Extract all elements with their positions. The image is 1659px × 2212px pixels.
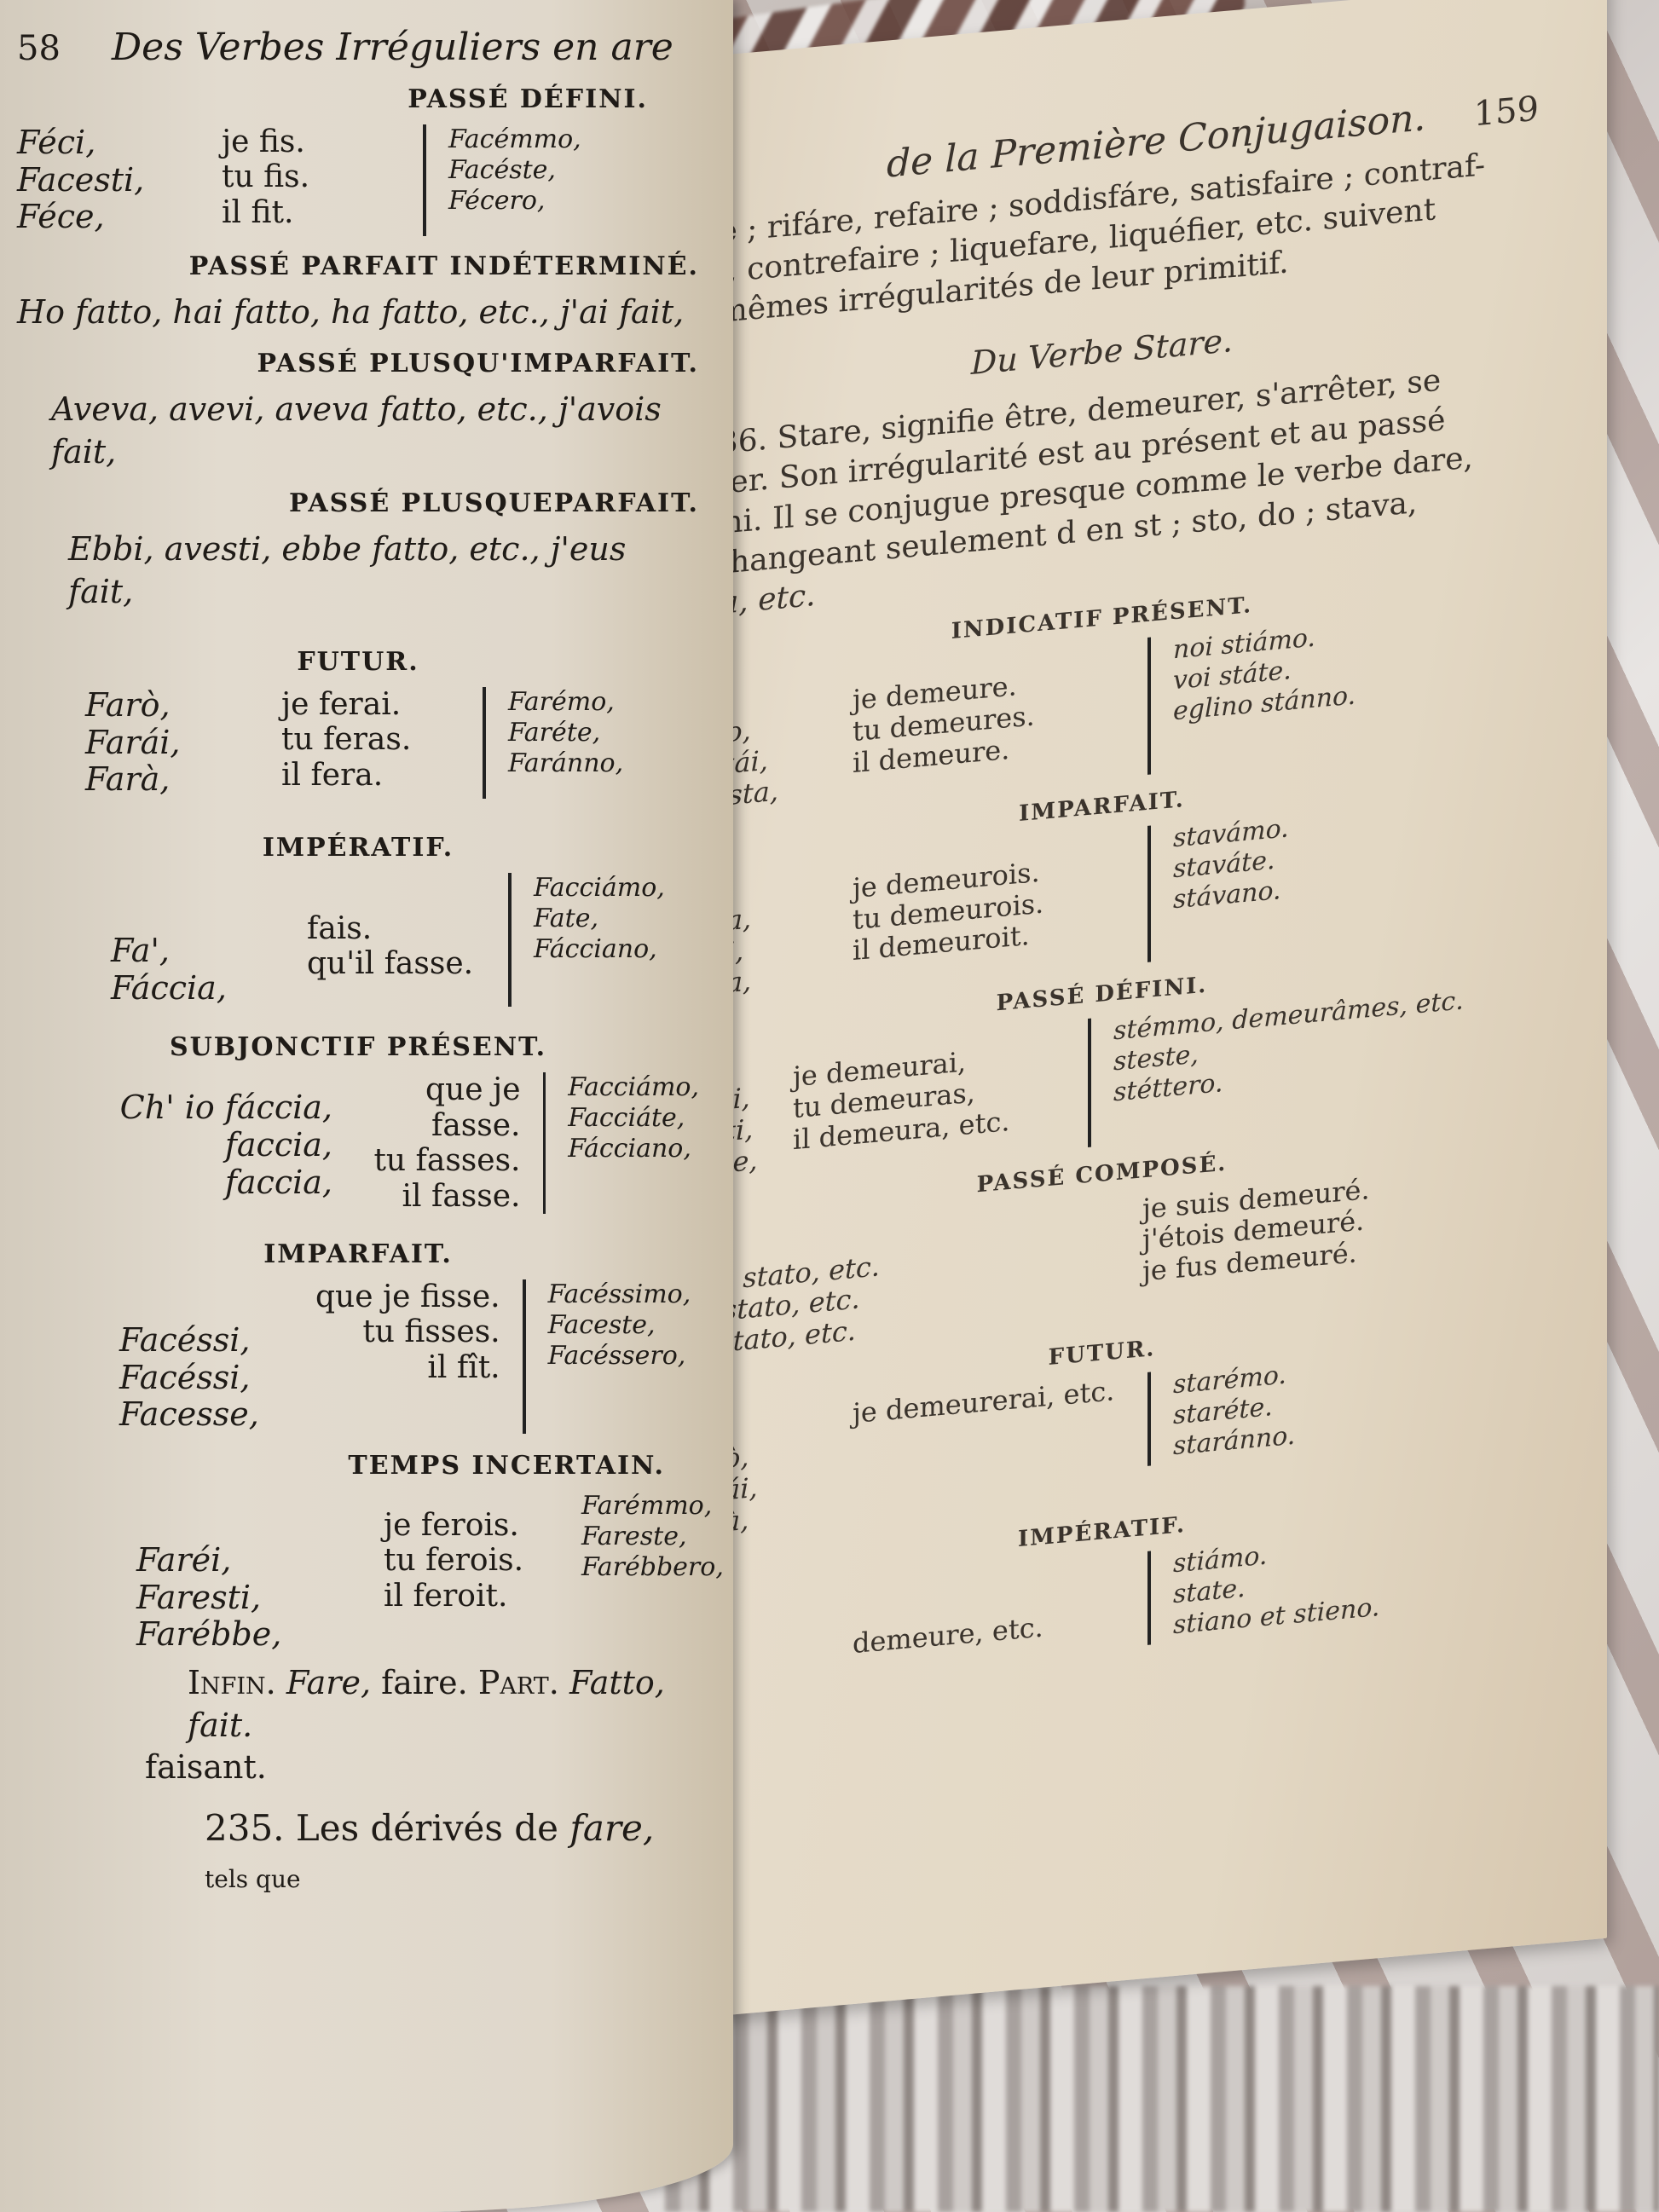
text-line: Aveva, avevi, aveva fatto, etc., j'avois… [17, 389, 699, 473]
italian-form: Féci, [17, 124, 222, 162]
italian-form: Fa', [111, 933, 307, 970]
french-form: il fasse. [341, 1179, 521, 1214]
italian-form: Facesse, [119, 1396, 315, 1434]
italian-form: Féce, [17, 199, 222, 236]
plural-form: Fácciano, [568, 1134, 699, 1164]
plural-form: Facéste, [448, 155, 581, 186]
text-line: Ho fatto, hai fatto, ha fatto, etc., j'a… [17, 292, 699, 333]
french-form: que je fisse. [315, 1279, 500, 1314]
brace-divider [1147, 1372, 1151, 1465]
running-head: Des Verbes Irréguliers en are [112, 26, 673, 69]
paragraph-text: Les dérivés de [296, 1807, 558, 1849]
french-form: tu fisses. [315, 1314, 500, 1349]
italian-form: Farébbe, [136, 1616, 384, 1654]
brace-divider [1147, 825, 1151, 962]
plural-form: Facéssero, [548, 1341, 691, 1372]
plural-form: Faceste, [548, 1310, 691, 1341]
plural-form: Fácciano, [534, 934, 665, 965]
conjugation-table: Farò, Farái, Farà, je ferai. tu feras. i… [17, 687, 699, 799]
tense-heading: IMPÉRATIF. [17, 833, 699, 863]
italian-form: Farà, [85, 761, 281, 799]
plural-form: Facémmo, [448, 124, 581, 155]
page-number: 159 [1474, 90, 1539, 135]
tense-heading: PASSÉ PLUSQUEPARFAIT. [17, 488, 699, 518]
italian-form: faccia, [94, 1164, 332, 1202]
paragraph-235: 235. Les dérivés de fare, tels que [17, 1805, 699, 1898]
conjugation-table: Facéssi, Facéssi, Facesse, que je fisse.… [17, 1279, 699, 1434]
tense-heading: PASSÉ PLUSQU'IMPARFAIT. [17, 349, 699, 378]
french-form: je ferois. [384, 1508, 537, 1543]
french-form: il fera. [281, 758, 460, 793]
brace-divider [1088, 1019, 1091, 1147]
plural-form: Facciámo, [534, 873, 665, 904]
tense-heading: FUTUR. [17, 647, 699, 677]
italian-form: Facéssi, [119, 1322, 315, 1360]
french-form: il fit. [222, 195, 401, 230]
paragraph-number: 235. [205, 1807, 285, 1849]
tense-heading: SUBJONCTIF PRÉSENT. [17, 1032, 699, 1062]
italian-form: Fáccia, [111, 970, 307, 1008]
infinitive-line: Infin. Fare, faire. Part. Fatto, fait. [17, 1662, 699, 1747]
left-page: 58 Des Verbes Irréguliers en are PASSÉ D… [0, 0, 733, 2212]
french-form: tu fis. [222, 159, 401, 194]
infinitive-label: Infin. [188, 1664, 276, 1701]
french-form: que je fasse. [341, 1072, 521, 1143]
plural-form: Faréte, [508, 718, 623, 748]
french-form: tu fasses. [341, 1143, 521, 1178]
french-form: je fis. [222, 124, 401, 159]
french-form: tu ferois. [384, 1543, 537, 1578]
italian-form: Farò, [85, 687, 281, 725]
brace-divider [543, 1072, 546, 1214]
french-form: fais. [307, 911, 486, 946]
conjugation-table: Ch' io fáccia, faccia, faccia, que je fa… [17, 1072, 699, 1214]
page-number: 58 [17, 29, 61, 68]
italian-form: Faréi, [136, 1542, 384, 1580]
tense-heading: PASSÉ DÉFINI. [17, 84, 648, 114]
italian-form: Faresti, [136, 1580, 384, 1617]
participle-label: Part. [478, 1664, 559, 1701]
plural-form: Farémmo, [581, 1491, 724, 1522]
italian-form: Facesti, [17, 162, 222, 199]
plural-form: Farémo, [508, 687, 623, 718]
gerund-line: faisant. [17, 1747, 699, 1788]
tense-heading: IMPARFAIT. [17, 1239, 699, 1269]
italian-form: Farái, [85, 725, 281, 762]
plural-form: Fate, [534, 904, 665, 934]
paragraph-word: fare, [569, 1807, 654, 1849]
paragraph-rest: tels que [205, 1865, 301, 1893]
infinitive-italian: Fare, [286, 1664, 371, 1701]
french-form: demeure, etc. [853, 1604, 1125, 1660]
plural-form: Facéssimo, [548, 1279, 691, 1310]
conjugation-table: Fa', Fáccia, fais. qu'il fasse. Facciámo… [17, 873, 699, 1007]
french-form: il feroit. [384, 1579, 537, 1614]
brace-divider [1147, 638, 1151, 775]
french-form: je ferai. [281, 687, 460, 722]
plural-form: Farébbero, [581, 1552, 724, 1583]
plural-form: Fécero, [448, 186, 581, 217]
plural-form: Facciáte, [568, 1103, 699, 1134]
brace-divider [423, 124, 426, 236]
italian-form: Ch' io fáccia, [94, 1089, 332, 1127]
brace-divider [508, 873, 512, 1007]
infinitive-french: faire. [381, 1664, 468, 1701]
plural-form: Fareste, [581, 1522, 724, 1552]
tense-heading: TEMPS INCERTAIN. [17, 1451, 665, 1481]
plural-form: Faránno, [508, 748, 623, 779]
blanket-pattern-bottom [665, 1986, 1659, 2212]
italian-form: faccia, [94, 1127, 332, 1164]
brace-divider [523, 1279, 526, 1434]
conjugation-table: Féci, Facesti, Féce, je fis. tu fis. il … [17, 124, 699, 236]
text-line: Ebbi, avesti, ebbe fatto, etc., j'eus fa… [17, 528, 699, 613]
brace-divider [483, 687, 486, 799]
french-form: il fît. [315, 1350, 500, 1385]
french-form: tu feras. [281, 722, 460, 757]
tense-heading: PASSÉ PARFAIT INDÉTERMINÉ. [17, 251, 699, 281]
brace-divider [1147, 1551, 1151, 1645]
conjugation-table: Faréi, Faresti, Farébbe, je ferois. tu f… [17, 1491, 699, 1654]
french-form: qu'il fasse. [307, 946, 486, 981]
italian-form: Facéssi, [119, 1360, 315, 1397]
plural-form: Facciámo, [568, 1072, 699, 1103]
